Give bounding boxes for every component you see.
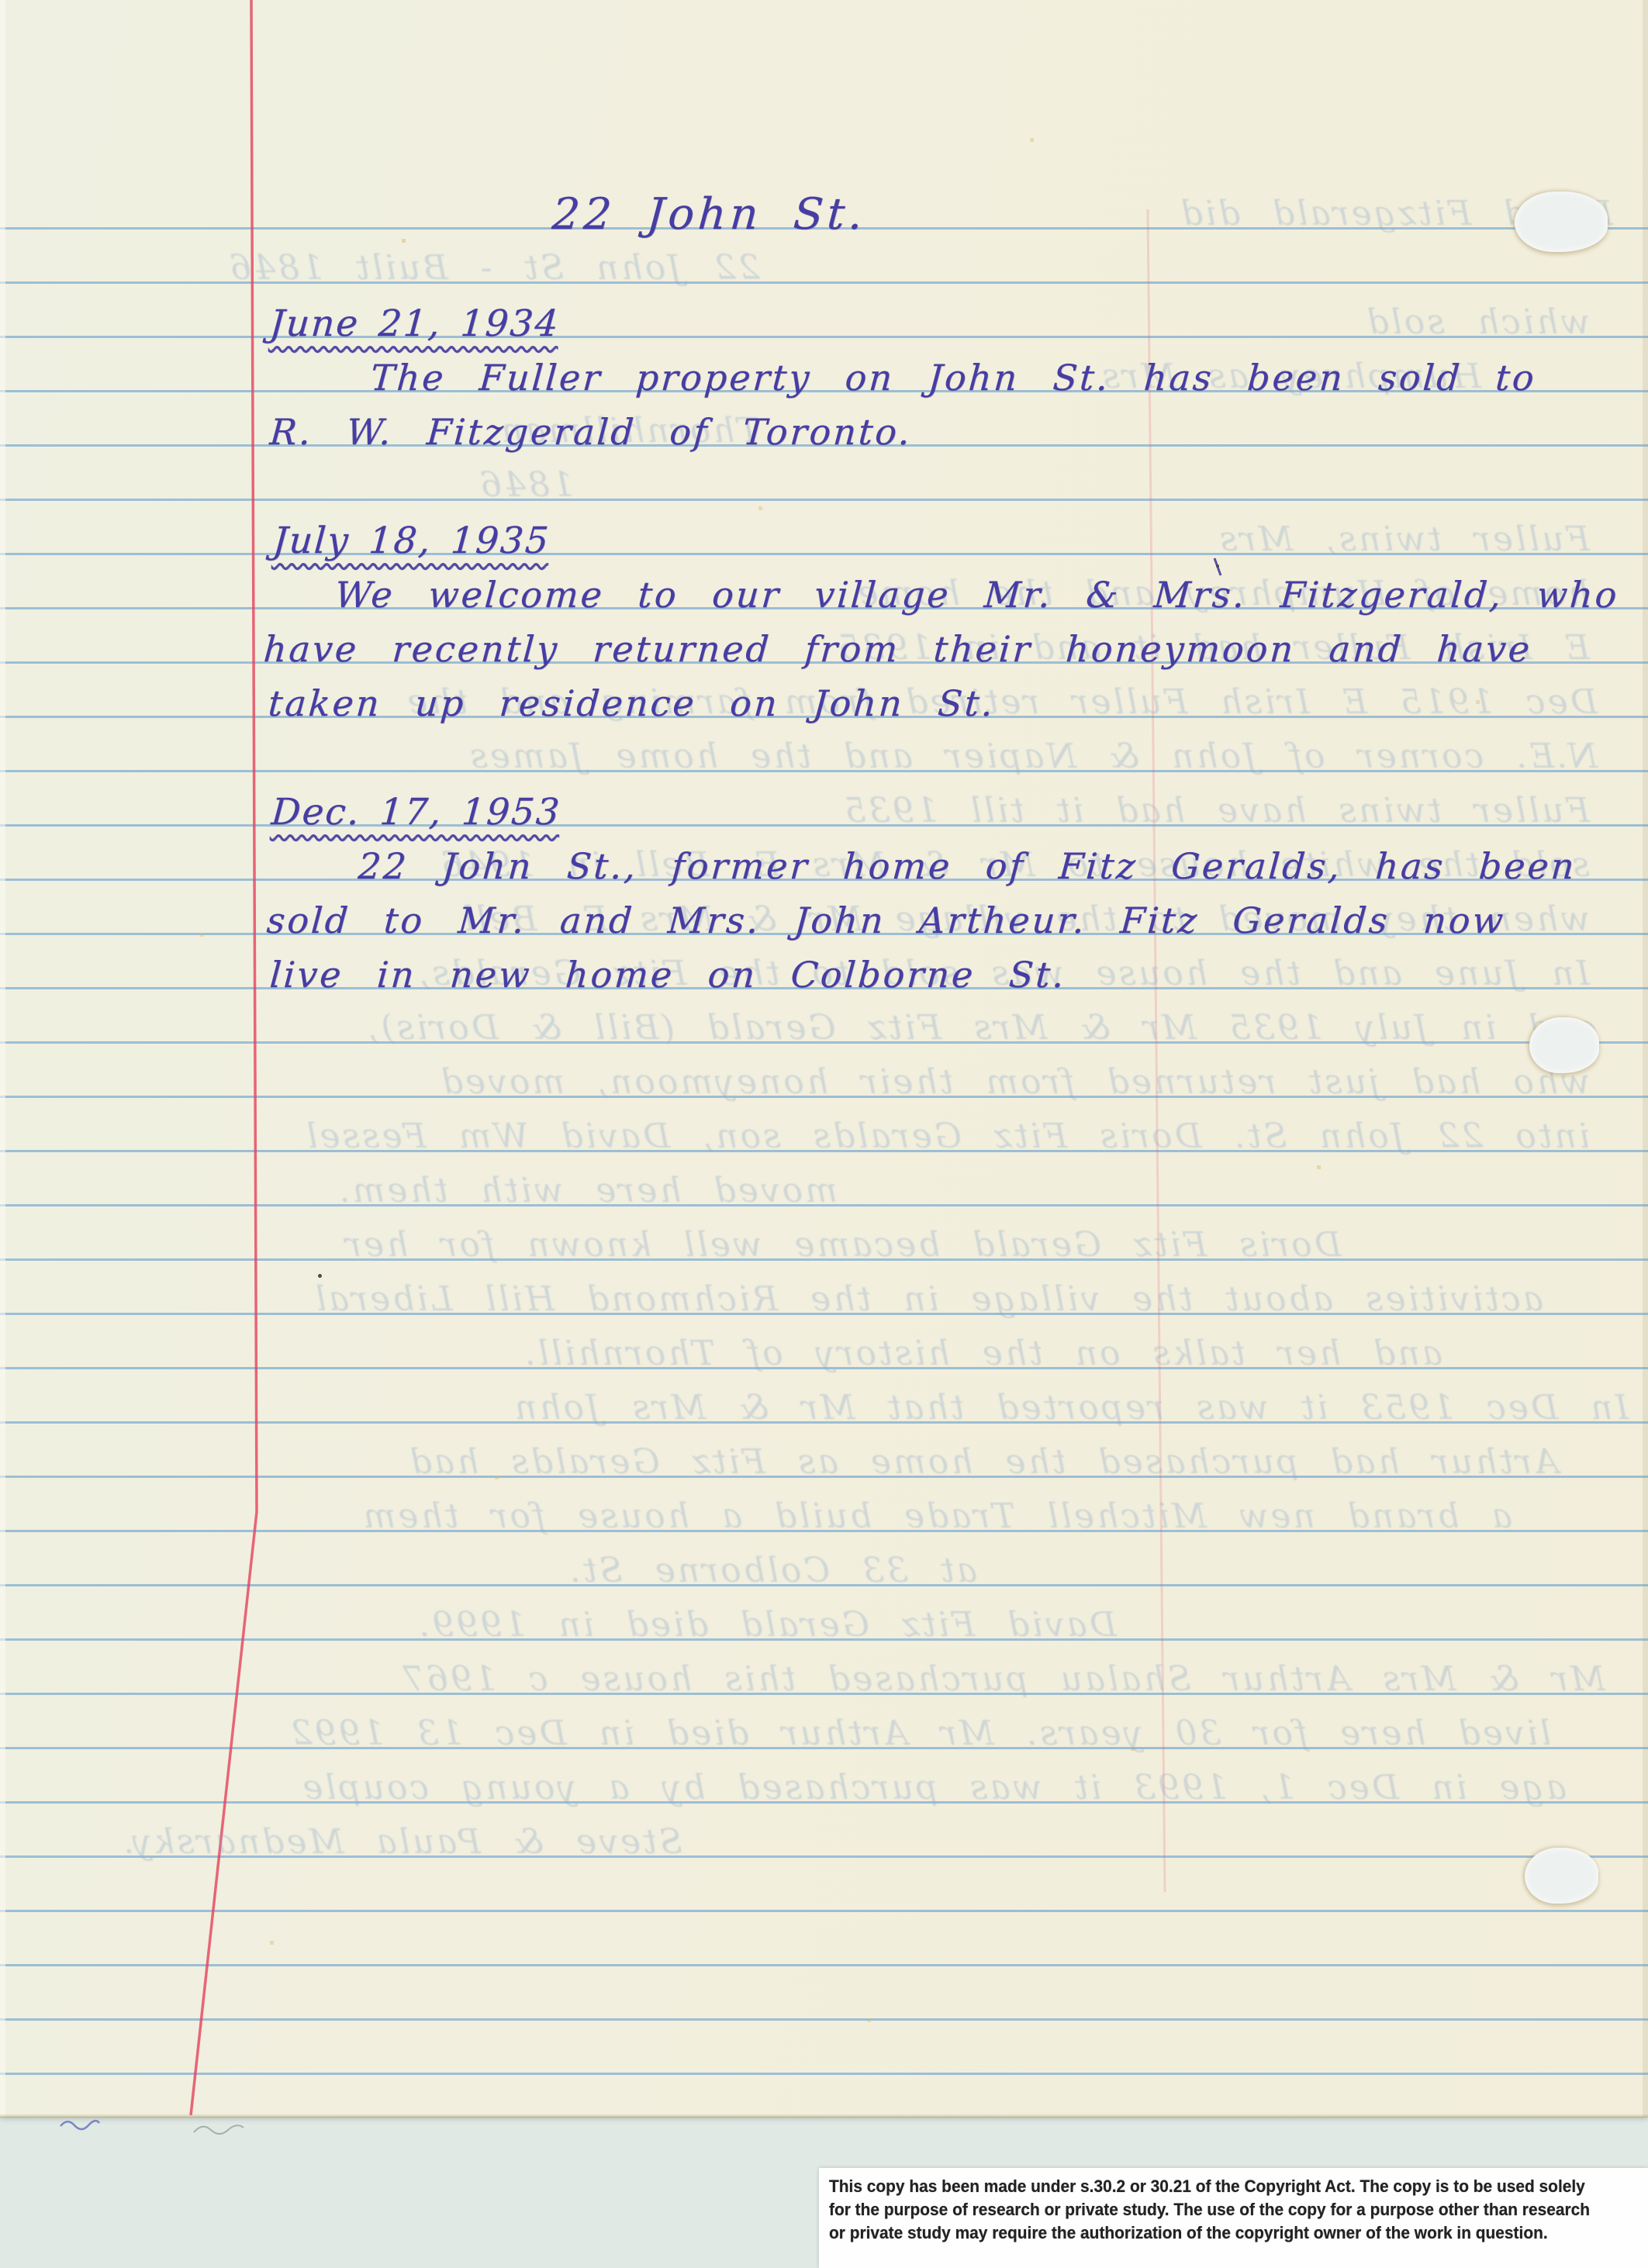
bleedthrough-line: David Fitz Gerald died in 1999. bbox=[416, 1605, 1117, 1645]
handwriting-line: We welcome to our village Mr. & Mrs. Fit… bbox=[333, 574, 1620, 616]
handwriting-line: taken up residence on John St. bbox=[267, 682, 997, 724]
stamp-text-line: or private study may require the authori… bbox=[829, 2221, 1607, 2245]
white-patch-hole bbox=[1525, 1848, 1598, 1904]
bleedthrough-line: and in July 1935 Mr & Mrs Fitz Gerald (B… bbox=[366, 1008, 1598, 1048]
entry-date-heading: July 18, 1935 bbox=[271, 520, 551, 562]
handwriting-line: live in new home on Colborne St. bbox=[268, 954, 1067, 996]
copyright-stamp: This copy has been made under s.30.2 or … bbox=[819, 2168, 1648, 2268]
bleedthrough-line: age in Dec 1, 1993 it was purchased by a… bbox=[300, 1768, 1567, 1807]
white-patch-hole bbox=[1529, 1017, 1599, 1073]
bleedthrough-line: Fuller twins have had it till 1935 bbox=[842, 791, 1590, 830]
sheet-bottom-edge bbox=[0, 2114, 1648, 2118]
bleedthrough-line: lived here for 30 years. Mr Arthur died … bbox=[288, 1714, 1551, 1753]
bleedthrough-line: moved here with them. bbox=[337, 1171, 838, 1210]
bleedthrough-line: a brand new Mitchell Trade build a house… bbox=[361, 1496, 1512, 1536]
ink-speck bbox=[1216, 564, 1219, 568]
bleedthrough-line: 22 John St - Built 1846 bbox=[227, 248, 760, 288]
bleedthrough-margin-line bbox=[1148, 209, 1165, 1892]
bleedthrough-line: into 22 John St. Doris Fitz Geralds son,… bbox=[304, 1117, 1590, 1156]
handwriting-line: The Fuller property on John St. has been… bbox=[369, 357, 1537, 399]
bleedthrough-line: Mr & Mrs Arthur Shalau purchased this ho… bbox=[400, 1659, 1605, 1699]
stray-pencil-squiggle bbox=[194, 2125, 244, 2134]
entry-date-heading: June 21, 1934 bbox=[268, 302, 561, 345]
handwriting-line: R. W. Fitzgerald of Toronto. bbox=[268, 411, 914, 453]
stamp-text-line: for the purpose of research or private s… bbox=[829, 2198, 1607, 2221]
stamp-text-line: This copy has been made under s.30.2 or … bbox=[829, 2175, 1607, 2198]
bleedthrough-line: which sold bbox=[1365, 302, 1590, 342]
bleedthrough-line: Doris Fitz Gerald became well known for … bbox=[343, 1225, 1342, 1265]
handwriting-line: 22 John St., former home of Fitz Geralds… bbox=[357, 845, 1577, 887]
bleedthrough-line: N.E. corner of John & Napier and the hom… bbox=[468, 737, 1598, 776]
handwriting-line: sold to Mr. and Mrs. John Artheur. Fitz … bbox=[265, 899, 1507, 941]
page-title: 22 John St. bbox=[551, 189, 868, 240]
ink-speck bbox=[318, 1274, 322, 1278]
bleedthrough-line: 1846 bbox=[478, 465, 574, 505]
bleedthrough-line: Steve & Paula Mednarsky. bbox=[122, 1822, 683, 1862]
red-margin-line bbox=[191, 0, 257, 2115]
entry-date-heading: Dec. 17, 1953 bbox=[270, 791, 562, 834]
bleedthrough-line: Fuller twins, Mrs bbox=[1218, 520, 1590, 559]
bleedthrough-line: and her talks on the history of Thornhil… bbox=[523, 1334, 1442, 1373]
white-patch-hole bbox=[1515, 192, 1608, 252]
bleedthrough-line: at 33 Colborne St. bbox=[568, 1551, 977, 1590]
stray-pen-squiggle bbox=[60, 2121, 99, 2129]
bleedthrough-line: who had just returned from their honeymo… bbox=[439, 1062, 1590, 1102]
bleedthrough-line: In Dec 1953 it was reported that Mr & Mr… bbox=[513, 1388, 1629, 1427]
bleedthrough-line: Arthur had purchased the home as Fitz Ge… bbox=[408, 1442, 1559, 1482]
scanned-notebook-page: David Fitzgerald did22 John St - Built 1… bbox=[0, 0, 1648, 2268]
bleedthrough-line: activities about the village in the Rich… bbox=[313, 1279, 1543, 1319]
handwriting-line: have recently returned from their honeym… bbox=[262, 628, 1533, 670]
